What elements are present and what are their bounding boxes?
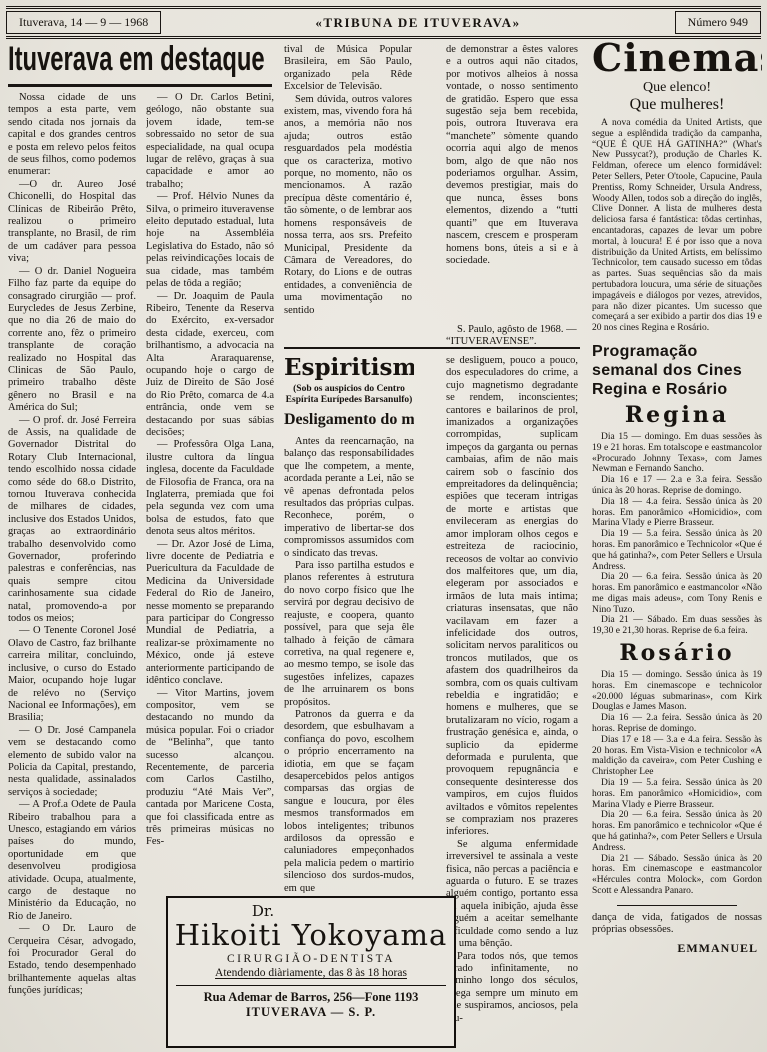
signature-emmanuel: EMMANUEL (592, 941, 762, 956)
ad-hours: Atendendo diàriamente, das 8 às 18 horas (168, 966, 454, 981)
listing-item: Dia 16 — 2.a feira. Sessão única às 20 h… (592, 713, 762, 735)
espiritismo-closing: dança de vida, fatigados de nossas própr… (592, 912, 762, 937)
main-headline: Ituverava em destaque (8, 40, 196, 82)
paragraph: — A Prof.a Odete de Paula Ribeiro trabal… (8, 799, 136, 923)
paragraph: — O Dr. José Campanela vem se destacando… (8, 725, 136, 799)
paragraph: — Dr. Azor José de Lima, livre docente d… (146, 539, 274, 688)
paragraph: — O Dr. Lauro de Cerqueira César, advoga… (8, 923, 136, 997)
listing-item: Dia 16 e 17 — 2.a e 3.a feira. Sessão ún… (592, 475, 762, 497)
listing-item: Dia 20 — 6.a feira. Sessão única às 20 h… (592, 572, 762, 615)
cinemas-title: Cinemas (592, 38, 762, 78)
listing-item: Dia 19 — 5.a feira. Sessão única às 20 h… (592, 529, 762, 572)
masthead-issue-number: Número 949 (675, 11, 761, 34)
article-signoff: S. Paulo, agôsto de 1968. — “ITUVERAVENS… (446, 324, 578, 354)
paragraph: Sem dúvida, outros valores existem, mas,… (284, 94, 412, 317)
listing-item: Dias 17 e 18 — 3.a e 4.a feira. Sessão à… (592, 735, 762, 778)
paragraph: — Vitor Martins, jovem compositor, vem s… (146, 688, 274, 849)
program-heading: Programação semanal dos Cines Regina e R… (592, 342, 762, 399)
closing-divider (617, 905, 737, 906)
rosario-listings: Dia 15 — domingo. Sessão única às 19 hor… (592, 670, 762, 897)
paragraph: tival de Música Popular Brasileira, em S… (284, 44, 412, 94)
cinemas-tagline-1: Que elenco! (592, 80, 762, 96)
cinemas-intro: A nova comédia da United Artists, que se… (592, 118, 762, 334)
article-column-2: — O Dr. Carlos Betini, geólogo, não obst… (146, 92, 274, 892)
section-divider-rule (284, 347, 580, 349)
paragraph: Para isso partilha estudos e planos refe… (284, 560, 414, 709)
paragraph: — Dr. Joaquim de Paula Ribeiro, Tenente … (146, 291, 274, 440)
newspaper-page: Ituverava, 14 — 9 — 1968 «TRIBUNA DE ITU… (0, 0, 767, 1052)
espiritismo-subtitle: (Sob os auspicios do Centro Espírita Eur… (284, 384, 414, 405)
espiritismo-heading: Desligamento do mal (284, 411, 414, 429)
paragraph: Antes da reencarnação, na balanço das re… (284, 436, 414, 560)
ad-separator-rule (176, 985, 446, 986)
regina-listings: Dia 15 — domingo. Em duas sessões às 19 … (592, 432, 762, 637)
paragraph: se desliguem, pouco a pouco, dos especul… (446, 355, 578, 839)
ad-address: Rua Ademar de Barros, 256—Fone 1193 (168, 990, 454, 1005)
paragraph: dança de vida, fatigados de nossas própr… (592, 912, 762, 937)
cine-rosario-title: Rosário (592, 641, 762, 666)
cine-regina-title: Regina (592, 403, 762, 428)
ad-dentist-name: Hikoiti Yokoyama (168, 919, 454, 952)
espiritismo-column-a: Antes da reencarnação, na balanço das re… (284, 436, 414, 893)
article-column-3: tival de Música Popular Brasileira, em S… (284, 44, 412, 344)
listing-item: Dia 20 — 6.a feira. Sessão única às 20 h… (592, 810, 762, 853)
article-column-1: Nossa cidade de uns tempos a esta parte,… (8, 92, 136, 1050)
ad-city: ITUVERAVA — S. P. (168, 1005, 454, 1020)
paragraph: Patronos da guerra e da desordem, que es… (284, 709, 414, 893)
listing-item: Dia 18 — 4.a feira. Sessão única às 20 h… (592, 497, 762, 529)
listing-item: Dia 15 — domingo. Sessão única às 19 hor… (592, 670, 762, 713)
cinemas-tagline-2: Que mulheres! (592, 96, 762, 114)
paragraph: —O dr. Aureo José Chiconelli, do Hospita… (8, 179, 136, 266)
ad-dr-prefix: Dr. (120, 903, 406, 919)
paragraph: A nova comédia da United Artists, que se… (592, 118, 762, 334)
listing-item: Dia 21 — Sábado. Em duas sessões às 19,3… (592, 615, 762, 637)
paragraph: — O Dr. Carlos Betini, geólogo, não obst… (146, 92, 274, 191)
espiritismo-column-b: se desliguem, pouco a pouco, dos especul… (446, 355, 578, 1047)
paragraph: Para todos nós, que temos errado infinit… (446, 951, 578, 1025)
paragraph: — O dr. Daniel Nogueira Filho faz parte … (8, 266, 136, 415)
masthead: Ituverava, 14 — 9 — 1968 «TRIBUNA DE ITU… (6, 6, 761, 39)
paragraph: — O prof. dr. José Ferreira de Assis, na… (8, 415, 136, 626)
dentist-ad-box: Dr. Hikoiti Yokoyama CIRURGIÃO-DENTISTA … (166, 896, 456, 1048)
cinemas-column: Cinemas Que elenco! Que mulheres! A nova… (592, 38, 762, 1046)
paragraph: Nossa cidade de uns tempos a esta parte,… (8, 92, 136, 179)
listing-item: Dia 15 — domingo. Em duas sessões às 19 … (592, 432, 762, 475)
masthead-title: «TRIBUNA DE ITUVERAVA» (161, 15, 674, 31)
headline-rule (8, 84, 272, 87)
listing-item: Dia 19 — 5.a feira. Sessão única às 20 h… (592, 778, 762, 810)
espiritismo-section: Espiritismo (Sob os auspicios do Centro … (284, 355, 414, 893)
paragraph: de demonstrar a êstes valores e a outros… (446, 44, 578, 267)
ad-dentist-role: CIRURGIÃO-DENTISTA (168, 952, 454, 966)
paragraph: — Professôra Olga Lana, ilustre cultora … (146, 439, 274, 538)
paragraph: — O Tenente Coronel José Olavo de Castro… (8, 625, 136, 724)
masthead-date: Ituverava, 14 — 9 — 1968 (6, 11, 161, 34)
paragraph: Se alguma enfermidade irreversivel te as… (446, 839, 578, 951)
espiritismo-title: Espiritismo (284, 355, 414, 381)
paragraph: — Prof. Hélvio Nunes da Silva, o primeir… (146, 191, 274, 290)
listing-item: Dia 21 — Sábado. Sessão única às 20 hora… (592, 854, 762, 897)
article-column-4: de demonstrar a êstes valores e a outros… (446, 44, 578, 328)
